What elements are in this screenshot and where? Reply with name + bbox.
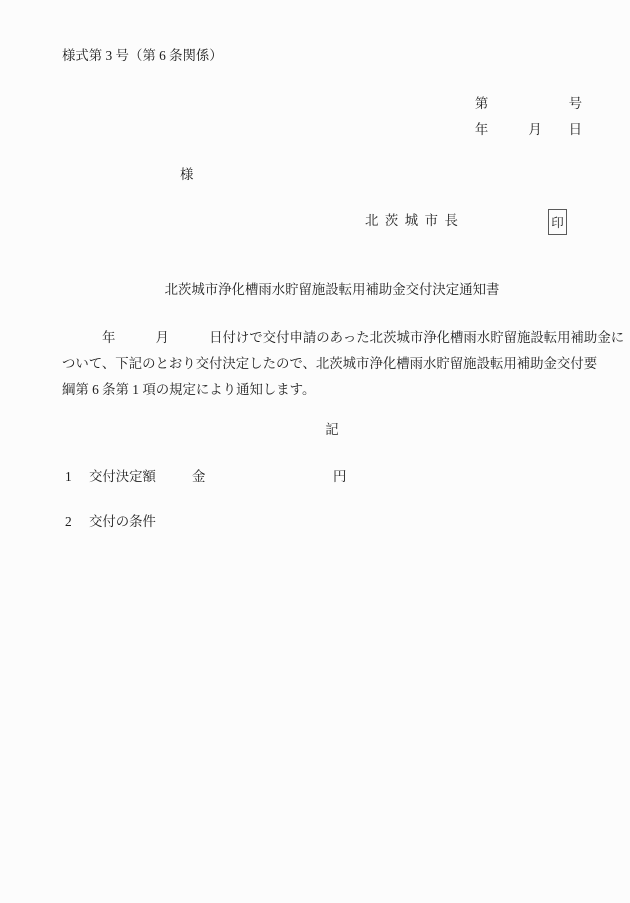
body-line-2: ついて、下記のとおり交付決定したので、北茨城市浄化槽雨水貯留施設転用補助金交付要 [62,351,624,377]
item-number: 1 [65,464,72,490]
form-number: 様式第 3 号（第 6 条関係） [62,46,223,66]
item-grant-conditions: 2 交付の条件 [62,509,602,535]
item-number: 2 [65,509,72,535]
item-grant-amount: 1 交付決定額 金 円 [62,464,602,490]
seal-box: 印 [548,209,567,235]
document-number-line: 第 号 [475,91,582,117]
document-title: 北茨城市浄化槽雨水貯留施設転用補助金交付決定通知書 [62,277,602,303]
item-label: 交付の条件 [89,509,156,535]
body-line-1: 年 月 日付けで交付申請のあった北茨城市浄化槽雨水貯留施設転用補助金に [62,325,624,351]
body-line-3: 綱第 6 条第 1 項の規定により通知します。 [62,377,624,403]
amount-prefix: 金 [192,464,205,490]
body-paragraph: 年 月 日付けで交付申請のあった北茨城市浄化槽雨水貯留施設転用補助金に ついて、… [62,325,624,403]
record-marker: 記 [62,417,602,443]
reference-block: 第 号 年 月 日 [475,91,582,143]
amount-suffix: 円 [333,464,346,490]
addressee-honorific: 様 [180,162,193,188]
seal-label: 印 [551,213,564,231]
item-label: 交付決定額 [89,464,156,490]
date-line: 年 月 日 [475,117,582,143]
issuer-name: 北茨城市長 [365,208,464,234]
document-page: 様式第 3 号（第 6 条関係） 第 号 年 月 日 様 北茨城市長 印 北茨城… [0,0,630,903]
